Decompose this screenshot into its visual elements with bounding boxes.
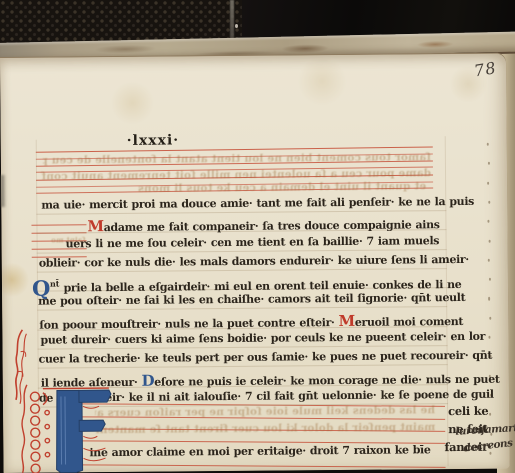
line-segment: adame me fait companeir· ſa tres douce c…: [104, 218, 440, 234]
line-segment: me pou oſteir· ne ſai ki les en chaiſhe·…: [38, 291, 465, 308]
prick-mark: [488, 259, 490, 262]
manuscript-line: cuer la trecherie· ke teuls pert per ous…: [39, 349, 493, 372]
line-segment: M: [338, 312, 354, 330]
prick-mark: [488, 297, 490, 300]
line-segment: eruoil moi coment: [355, 315, 463, 329]
manuscript-line: Madame me fait companeir· ſa tres douce …: [87, 214, 439, 236]
prick-mark: [489, 278, 491, 281]
showthrough-text: maint penſeir la dolor ki lou cuer firen…: [93, 421, 435, 437]
side-column-row: celi ke: [448, 404, 488, 418]
prick-mark: [487, 220, 489, 223]
prick-mark: [488, 201, 490, 204]
illuminated-initial-F: [13, 382, 114, 473]
line-segment: ſon poour mouſtreir· nuls ne la puet con…: [39, 316, 338, 332]
prick-mark: [489, 316, 491, 319]
prick-mark: [488, 162, 490, 165]
line-segment: eſore ne puis ie celeir· ke mon corage n…: [154, 373, 499, 389]
line-segment: ine amor claime en moi per eritaige· dro…: [89, 443, 430, 459]
line-segment: oblieir· cor ke nuls die· les mals damor…: [39, 253, 469, 270]
prick-mark: [488, 239, 490, 242]
manuscript-final-line: ine amor claime en moi per eritaige· dro…: [89, 443, 430, 465]
line-segment: cuer la trecherie· ke teuls pert per ous…: [39, 349, 493, 366]
line-segment: uers li ne me ſou celeir· cen me tient e…: [66, 234, 440, 250]
chapter-heading: ·lxxxi·: [127, 132, 180, 148]
showthrough-text: ſamor tous coment bien ne lou tient atan…: [43, 151, 431, 167]
prick-mark: [488, 336, 490, 339]
prick-mark: [489, 413, 491, 416]
music-staff-line: [31, 224, 86, 226]
parchment-page: 78 ·lxxxi· ſamor tous coment bien ne lou…: [0, 54, 510, 473]
line-segment: puet dureir· cuers ki aime ſens boidie· …: [40, 330, 485, 347]
page-left-shadow: [1, 175, 6, 207]
line-segment: M: [87, 217, 103, 235]
dust-speck: [235, 24, 238, 28]
manuscript-line: me pou oſteir· ne ſai ki les en chaiſhe·…: [38, 291, 465, 314]
folio-number: 78: [473, 58, 498, 80]
prick-mark: [487, 181, 489, 184]
red-rule-line: [80, 464, 446, 468]
line-segment: ma uie· mercit proi ma douce amie· tant …: [41, 195, 474, 212]
line-segment: D: [141, 372, 154, 390]
showthrough-text: et quant il uint el demain a ceu ke tous…: [46, 180, 426, 196]
manuscript-photo: 78 ·lxxxi· ſamor tous coment bien ne lou…: [0, 0, 515, 473]
prick-mark: [487, 143, 489, 146]
side-column: celi kene ſeitfanceir·: [448, 404, 508, 405]
